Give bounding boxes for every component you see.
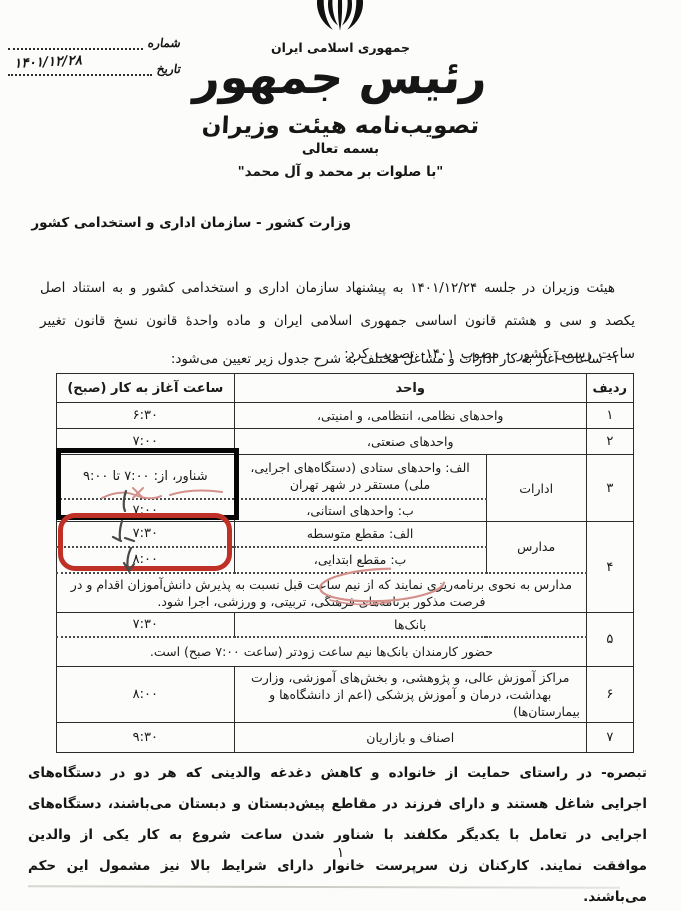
table-row: ۵ بانک‌ها ۷:۳۰ [57, 613, 634, 637]
decree-calligraphy: تصویب‌نامه هیئت وزیران [0, 113, 681, 139]
row4a-time: ۷:۳۰ [57, 522, 235, 547]
row4b-time: ۸:۰۰ [57, 547, 235, 573]
row6-unit: مراکز آموزش عالی، و پژوهشی، و بخش‌های آم… [234, 667, 586, 723]
row4a-unit: الف: مقطع متوسطه [234, 522, 486, 547]
row3a-time: شناور، از: ۷:۰۰ تا ۹:۰۰ [57, 455, 235, 499]
row3-number: ۳ [586, 455, 633, 522]
row7-unit: اصناف و بازاریان [234, 723, 586, 753]
iran-emblem-icon [311, 0, 369, 35]
row2-time: ۷:۰۰ [57, 429, 235, 455]
row2-unit: واحدهای صنعتی، [234, 429, 586, 455]
table-header-row: ردیف واحد ساعت آغاز به کار (صبح) [57, 374, 634, 403]
page-number: ۱ [0, 845, 681, 861]
row1-number: ۱ [586, 403, 633, 429]
col-header-row-number: ردیف [586, 374, 633, 403]
row3b-unit: ب: واحدهای استانی، [234, 499, 486, 522]
row5-note: حضور کارمندان بانک‌ها نیم ساعت زودتر (سا… [57, 637, 587, 667]
col-header-start-time: ساعت آغاز به کار (صبح) [57, 374, 235, 403]
table-row: مدارس به نحوی برنامه‌ریزی نمایند که از ن… [57, 573, 634, 613]
row1-unit: واحدهای نظامی، انتظامی، و امنیتی، [234, 403, 586, 429]
addressee-line: وزارت کشور - سازمان اداری و استخدامی کشو… [31, 215, 351, 231]
row4-number: ۴ [586, 522, 633, 613]
table-row: ۳ ادارات الف: واحدهای ستادی (دستگاه‌های … [57, 455, 634, 499]
row7-time: ۹:۳۰ [57, 723, 235, 753]
table-row: ۴ مدارس الف: مقطع متوسطه ۷:۳۰ [57, 522, 634, 547]
working-hours-table: ردیف واحد ساعت آغاز به کار (صبح) ۱ واحده… [56, 373, 634, 753]
row3b-time: ۷:۰۰ [57, 499, 235, 522]
row4-note: مدارس به نحوی برنامه‌ریزی نمایند که از ن… [57, 573, 587, 613]
row4-group: مدارس [486, 522, 586, 573]
table-row: ۱ واحدهای نظامی، انتظامی، و امنیتی، ۶:۳۰ [57, 403, 634, 429]
basmala-line: بسمه تعالی [0, 141, 681, 157]
row3-group: ادارات [486, 455, 586, 522]
table-row: ۷ اصناف و بازاریان ۹:۳۰ [57, 723, 634, 753]
row4b-unit: ب: مقطع ابتدایی، [234, 547, 486, 573]
col-header-unit: واحد [234, 374, 586, 403]
salawat-line: "با صلوات بر محمد و آل محمد" [0, 164, 681, 180]
table-row: ۶ مراکز آموزش عالی، و پژوهشی، و بخش‌های … [57, 667, 634, 723]
item-1-line: ۱- ساعات آغاز به کار ادارات و مشاغل مختل… [40, 351, 619, 367]
row6-number: ۶ [586, 667, 633, 723]
table-row: ۲ واحدهای صنعتی، ۷:۰۰ [57, 429, 634, 455]
document-page: شماره تاریخ ۱۴۰۱/۱۲/۲۸ جمهوری اسلامی ایر… [0, 0, 681, 911]
table-row: حضور کارمندان بانک‌ها نیم ساعت زودتر (سا… [57, 637, 634, 667]
row5-time: ۷:۳۰ [57, 613, 235, 637]
row6-time: ۸:۰۰ [57, 667, 235, 723]
row3a-unit: الف: واحدهای ستادی (دستگاه‌های اجرایی، م… [234, 455, 486, 499]
president-calligraphy: رئیس جمهور [0, 50, 681, 104]
row1-time: ۶:۳۰ [57, 403, 235, 429]
row2-number: ۲ [586, 429, 633, 455]
row5-unit: بانک‌ها [234, 613, 586, 637]
row7-number: ۷ [586, 723, 633, 753]
row5-number: ۵ [586, 613, 633, 667]
